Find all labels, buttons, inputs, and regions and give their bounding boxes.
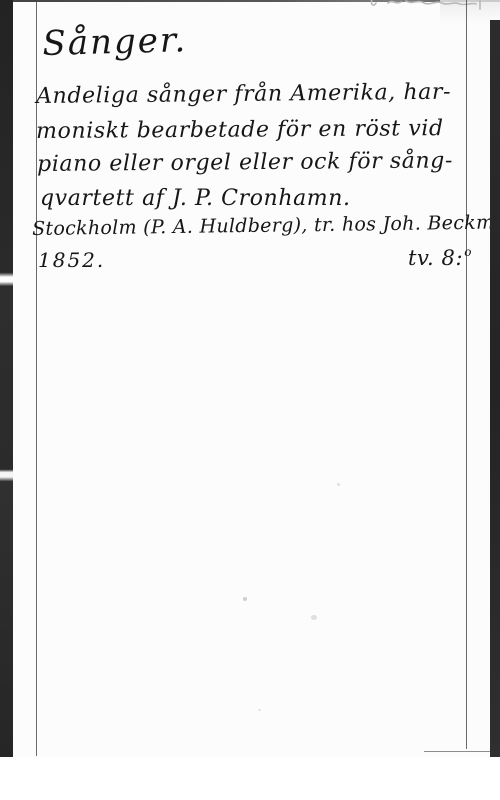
faint-pencil-annotation-cutoff	[368, 0, 486, 15]
format-notation-main: tv. 8:	[408, 246, 463, 270]
publication-year: 1852.	[38, 248, 105, 272]
entry-line-2: moniskt bearbetade för en röst vid	[36, 116, 444, 144]
scan-speck	[258, 709, 261, 711]
scan-speck	[243, 597, 247, 601]
card-left-rule-line	[36, 0, 37, 756]
catalog-card-scan: Sånger. Andeliga sånger från Amerika, ha…	[0, 0, 500, 757]
imprint-line: Stockholm (P. A. Huldberg), tr. hos Joh.…	[32, 211, 500, 240]
entry-line-1: Andeliga sånger från Amerika, har-	[36, 80, 451, 109]
scan-speck	[311, 615, 317, 620]
format-notation: tv. 8:o	[408, 245, 472, 270]
card-right-rule-line	[466, 0, 467, 749]
format-notation-superscript: o	[464, 245, 472, 259]
scan-speck	[337, 483, 340, 486]
card-bottom-edge-line	[424, 751, 490, 752]
entry-title: Sånger.	[42, 20, 188, 64]
entry-line-3: piano eller orgel eller ock för sång-	[37, 148, 453, 177]
scanner-edge-right	[490, 20, 500, 757]
entry-line-4: qvartett af J. P. Cronhamn.	[40, 186, 351, 211]
scanner-edge-left	[0, 0, 13, 757]
